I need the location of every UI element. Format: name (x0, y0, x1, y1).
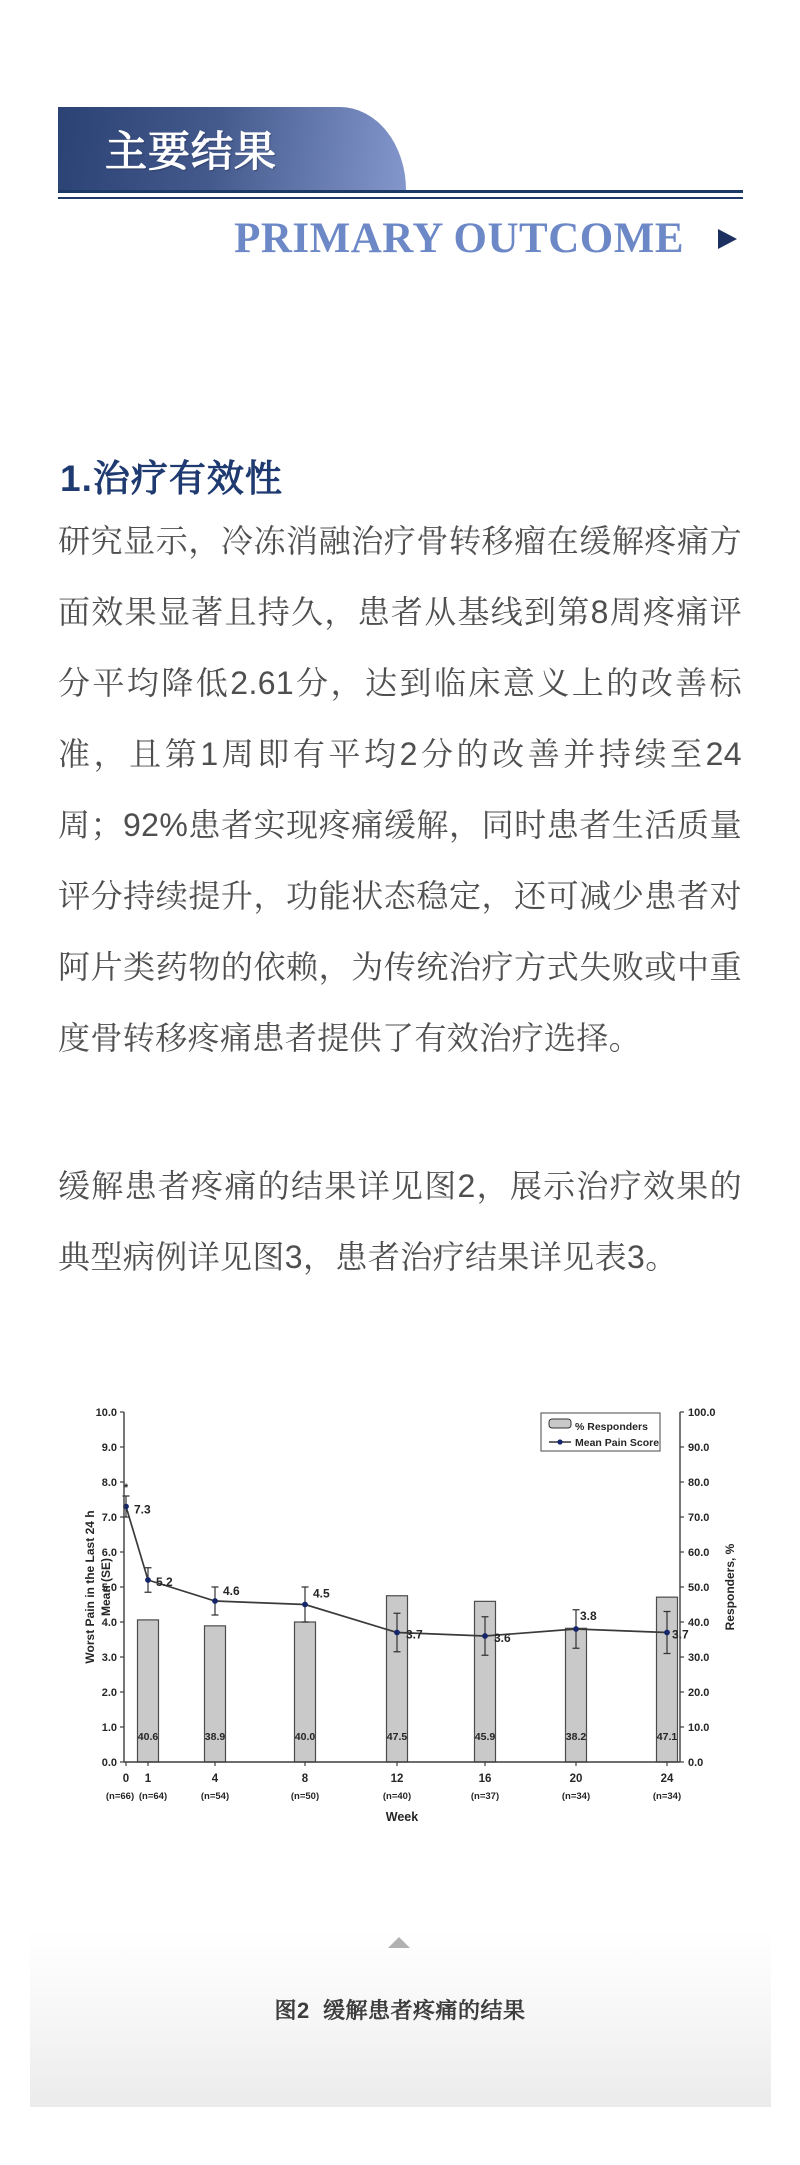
svg-text:(n=37): (n=37) (471, 1791, 499, 1802)
svg-text:16: 16 (479, 1773, 492, 1785)
section-heading: 1.治疗有效性 (60, 448, 283, 502)
svg-text:30.0: 30.0 (688, 1652, 709, 1664)
svg-text:(n=34): (n=34) (562, 1791, 590, 1802)
svg-text:38.2: 38.2 (566, 1731, 587, 1743)
svg-text:3.8: 3.8 (580, 1609, 597, 1623)
banner-title: 主要结果 (105, 119, 277, 179)
data-point-marker (212, 1598, 218, 1604)
article-page: 主要结果 PRIMARY OUTCOME 1.治疗有效性 研究显示，冷冻消融治疗… (0, 0, 800, 2165)
svg-text:(n=34): (n=34) (653, 1791, 681, 1802)
svg-text:38.9: 38.9 (205, 1731, 226, 1743)
svg-text:3.6: 3.6 (494, 1631, 511, 1645)
primary-outcome-row: PRIMARY OUTCOME (0, 214, 737, 263)
paragraph-treatment-efficacy: 研究显示，冷冻消融治疗骨转移瘤在缓解疼痛方面效果显著且持久，患者从基线到第8周疼… (58, 506, 742, 1074)
svg-text:5.2: 5.2 (156, 1575, 173, 1589)
svg-text:60.0: 60.0 (688, 1547, 709, 1559)
section-banner: 主要结果 (58, 107, 406, 190)
svg-text:50.0: 50.0 (688, 1582, 709, 1594)
svg-text:40.0: 40.0 (295, 1731, 316, 1743)
svg-text:20.0: 20.0 (688, 1687, 709, 1699)
svg-text:(n=40): (n=40) (383, 1791, 411, 1802)
svg-text:4.0: 4.0 (102, 1617, 117, 1629)
data-point-marker (302, 1602, 308, 1608)
svg-text:24: 24 (661, 1773, 674, 1785)
svg-text:Responders, %: Responders, % (723, 1543, 737, 1630)
svg-text:70.0: 70.0 (688, 1512, 709, 1524)
data-point-marker (394, 1630, 400, 1636)
svg-text:3.0: 3.0 (102, 1652, 117, 1664)
svg-text:Mean Pain Score: Mean Pain Score (575, 1437, 659, 1449)
svg-text:0.0: 0.0 (102, 1757, 117, 1769)
svg-text:47.1: 47.1 (657, 1731, 678, 1743)
svg-text:20: 20 (570, 1773, 583, 1785)
svg-text:2.0: 2.0 (102, 1687, 117, 1699)
svg-text:4.5: 4.5 (313, 1587, 330, 1601)
svg-text:6.0: 6.0 (102, 1547, 117, 1559)
svg-text:Week: Week (386, 1810, 418, 1824)
svg-text:(n=66): (n=66) (106, 1791, 134, 1802)
up-triangle-icon (388, 1937, 410, 1948)
svg-text:8: 8 (302, 1773, 309, 1785)
svg-text:4: 4 (212, 1773, 219, 1785)
pain-responders-chart: 40.638.940.047.545.938.247.17.35.24.64.5… (40, 1390, 750, 1835)
svg-text:8.0: 8.0 (102, 1477, 117, 1489)
svg-text:45.9: 45.9 (475, 1731, 496, 1743)
chart-plot-group: 40.638.940.047.545.938.247.17.35.24.64.5… (83, 1407, 737, 1824)
svg-text:1: 1 (145, 1773, 152, 1785)
svg-text:(n=50): (n=50) (291, 1791, 319, 1802)
svg-text:0.0: 0.0 (688, 1757, 703, 1769)
svg-text:(n=64): (n=64) (139, 1791, 167, 1802)
divider-line-top (58, 190, 743, 193)
svg-text:7.0: 7.0 (102, 1512, 117, 1524)
svg-text:12: 12 (391, 1773, 404, 1785)
data-point-marker (664, 1630, 670, 1636)
svg-text:40.0: 40.0 (688, 1617, 709, 1629)
svg-text:0: 0 (123, 1773, 129, 1785)
divider-line-bottom (58, 197, 743, 199)
svg-text:80.0: 80.0 (688, 1477, 709, 1489)
legend-bar-swatch (549, 1419, 571, 1428)
svg-text:10.0: 10.0 (96, 1407, 117, 1419)
svg-text:10.0: 10.0 (688, 1722, 709, 1734)
primary-outcome-title: PRIMARY OUTCOME (234, 214, 684, 263)
svg-text:% Responders: % Responders (575, 1421, 648, 1433)
paragraph-figure-references: 缓解患者疼痛的结果详见图2，展示治疗效果的典型病例详见图3，患者治疗结果详见表3… (58, 1151, 742, 1293)
svg-text:100.0: 100.0 (688, 1407, 716, 1419)
data-point-marker (573, 1626, 579, 1632)
data-point-marker (145, 1577, 151, 1583)
svg-text:40.6: 40.6 (138, 1731, 159, 1743)
svg-text:7.3: 7.3 (134, 1503, 151, 1517)
svg-text:1.0: 1.0 (102, 1722, 117, 1734)
data-point-marker (482, 1633, 488, 1639)
svg-text:9.0: 9.0 (102, 1442, 117, 1454)
svg-text:90.0: 90.0 (688, 1442, 709, 1454)
right-triangle-icon (718, 229, 737, 249)
svg-text:4.6: 4.6 (223, 1584, 240, 1598)
svg-text:Mean (SE): Mean (SE) (99, 1558, 113, 1616)
svg-text:(n=54): (n=54) (201, 1791, 229, 1802)
svg-text:Worst Pain in the Last 24 h: Worst Pain in the Last 24 h (83, 1510, 97, 1663)
figure-caption: 图2 缓解患者疼痛的结果 (0, 1994, 800, 2025)
svg-text:3.7: 3.7 (406, 1628, 423, 1642)
svg-text:47.5: 47.5 (387, 1731, 408, 1743)
